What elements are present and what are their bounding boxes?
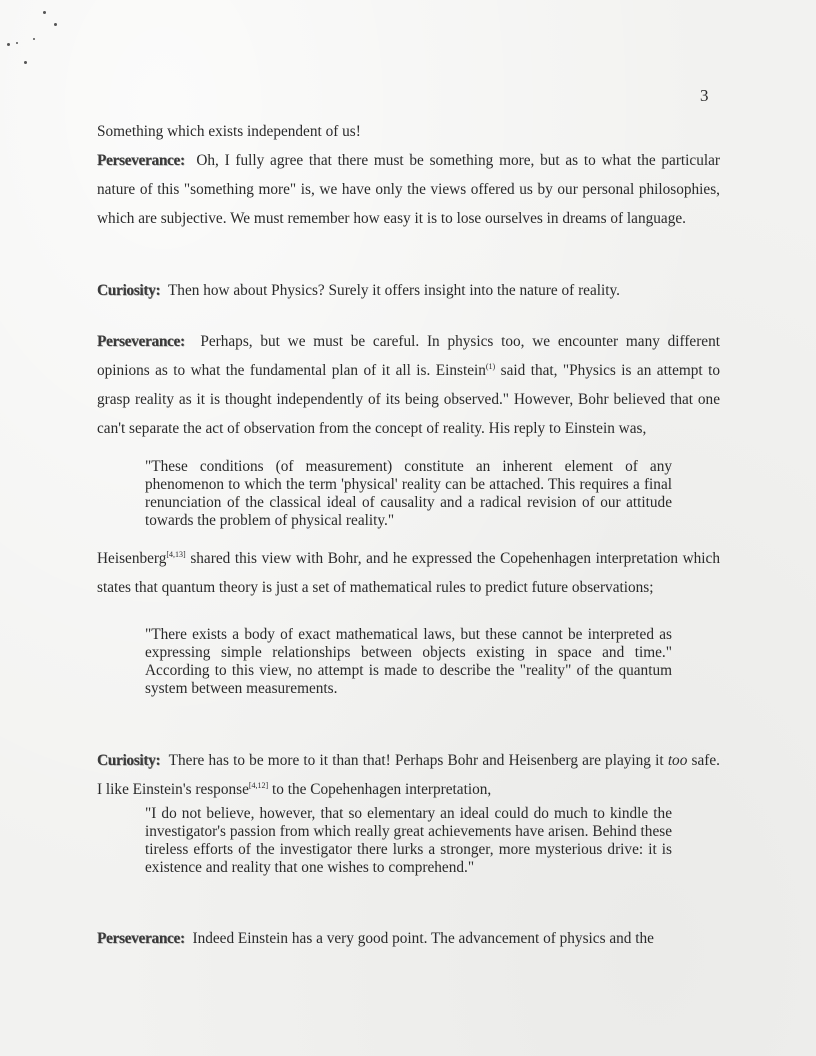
quote-heisenberg: "There exists a body of exact mathematic… [145, 626, 672, 698]
citation-ref: [4,12] [249, 781, 268, 790]
paragraph-heisenberg: Heisenberg[4,13] shared this view with B… [97, 544, 720, 602]
page-number: 3 [700, 86, 709, 106]
paragraph-perseverance-1: Perseverance: Oh, I fully agree that the… [97, 146, 720, 233]
paragraph-text: Heisenberg [97, 550, 166, 567]
paragraph-text: shared this view with Bohr, and he expre… [97, 550, 720, 596]
paragraph-text: Oh, I fully agree that there must be som… [97, 152, 720, 227]
quote-text: "These conditions (of measurement) const… [145, 458, 672, 529]
citation-ref: [4,13] [166, 550, 185, 559]
speaker-label: Curiosity: [97, 282, 160, 299]
paragraph-continuation: Something which exists independent of us… [97, 117, 720, 146]
citation-ref: (1) [486, 362, 495, 371]
quote-bohr: "These conditions (of measurement) const… [145, 458, 672, 530]
speaker-label: Perseverance: [97, 333, 185, 350]
speaker-label: Curiosity: [97, 752, 160, 769]
paragraph-text: Something which exists independent of us… [97, 123, 361, 140]
paragraph-curiosity-2: Curiosity: There has to be more to it th… [97, 746, 720, 804]
quote-einstein: "I do not believe, however, that so elem… [145, 805, 672, 877]
paragraph-text: Then how about Physics? Surely it offers… [168, 282, 620, 299]
quote-text: "There exists a body of exact mathematic… [145, 626, 672, 697]
quote-text: "I do not believe, however, that so elem… [145, 805, 672, 876]
emphasis-text: too [668, 752, 688, 769]
paragraph-perseverance-2: Perseverance: Perhaps, but we must be ca… [97, 327, 720, 443]
paragraph-curiosity-1: Curiosity: Then how about Physics? Surel… [97, 276, 720, 305]
speaker-label: Perseverance: [97, 930, 185, 947]
scanned-page: 3 Something which exists independent of … [0, 0, 816, 1056]
paragraph-text: There has to be more to it than that! Pe… [169, 752, 668, 769]
paragraph-perseverance-3: Perseverance: Indeed Einstein has a very… [97, 924, 720, 953]
paragraph-text: Indeed Einstein has a very good point. T… [192, 930, 653, 947]
speaker-label: Perseverance: [97, 152, 185, 169]
paragraph-text: to the Copehenhagen interpretation, [268, 781, 491, 798]
